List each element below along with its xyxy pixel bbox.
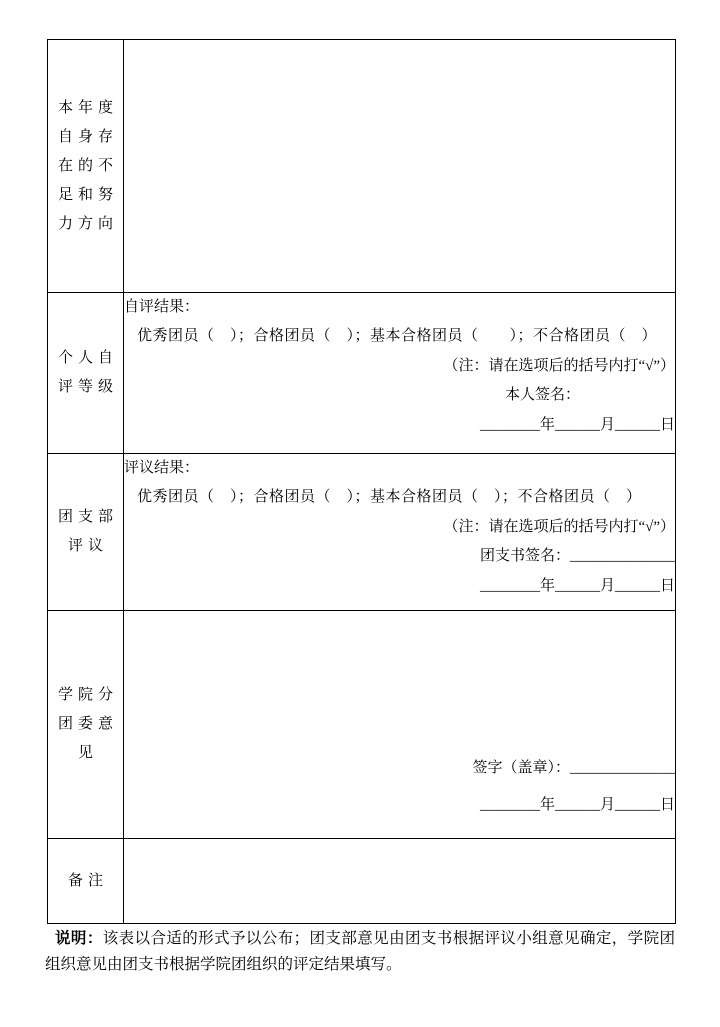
shortcomings-content-cell[interactable] [124, 40, 676, 293]
label-line: 团支部 [48, 503, 128, 532]
evaluation-form-table: 本年度 自身存 在的不 足和努 力方向 个人自 评等级 自评结果： 优秀团员（ … [47, 39, 676, 924]
row-label-remarks: 备注 [48, 839, 124, 924]
label-line: 力方向 [48, 210, 128, 239]
label-line: 个人自 [48, 344, 128, 373]
college-committee-content-cell[interactable]: 签字（盖章）：______________ ________年______月__… [124, 611, 676, 839]
table-row-shortcomings: 本年度 自身存 在的不 足和努 力方向 [48, 40, 676, 293]
branch-options-line: 优秀团员（ ）；合格团员（ ）；基本合格团员（ ）；不合格团员（ ） [124, 483, 675, 512]
college-date-line: ________年______月______日 [124, 787, 675, 824]
branch-review-heading: 评议结果： [124, 454, 675, 483]
footnote: 说明：该表以合适的形式予以公布；团支部意见由团支书根据评议小组意见确定，学院团组… [45, 926, 675, 978]
self-eval-options-line: 优秀团员（ ）；合格团员（ ）；基本合格团员（ ）；不合格团员（ ） [124, 322, 675, 351]
label-line: 见 [48, 739, 128, 768]
label-line: 本年度 [48, 94, 128, 123]
table-row-self-evaluation: 个人自 评等级 自评结果： 优秀团员（ ）；合格团员（ ）；基本合格团员（ ）；… [48, 293, 676, 454]
college-signature-line: 签字（盖章）：______________ [124, 750, 675, 787]
branch-date-line: ________年______月______日 [124, 572, 675, 601]
self-evaluation-content-cell[interactable]: 自评结果： 优秀团员（ ）；合格团员（ ）；基本合格团员（ ）；不合格团员（ ）… [124, 293, 676, 454]
label-line: 备注 [48, 867, 128, 896]
label-line: 在的不 [48, 152, 128, 181]
label-line: 自身存 [48, 123, 128, 152]
row-label-self-evaluation: 个人自 评等级 [48, 293, 124, 454]
table-row-branch-review: 团支部 评议 评议结果： 优秀团员（ ）；合格团员（ ）；基本合格团员（ ）；不… [48, 454, 676, 611]
label-line: 学院分 [48, 681, 128, 710]
row-label-shortcomings: 本年度 自身存 在的不 足和努 力方向 [48, 40, 124, 293]
row-label-college-committee: 学院分 团委意 见 [48, 611, 124, 839]
label-line: 团委意 [48, 710, 128, 739]
branch-note-line: （注：请在选项后的括号内打“√”） [124, 513, 675, 542]
footnote-label: 说明： [55, 930, 103, 947]
remarks-content-cell[interactable] [124, 839, 676, 924]
document-page: 本年度 自身存 在的不 足和努 力方向 个人自 评等级 自评结果： 优秀团员（ … [0, 0, 720, 1027]
branch-secretary-signature-line: 团支书签名：______________ [124, 542, 675, 571]
self-eval-note-line: （注：请在选项后的括号内打“√”） [124, 352, 675, 381]
label-line: 足和努 [48, 181, 128, 210]
label-line: 评议 [48, 532, 128, 561]
table-row-college-committee: 学院分 团委意 见 签字（盖章）：______________ ________… [48, 611, 676, 839]
row-label-branch-review: 团支部 评议 [48, 454, 124, 611]
table-row-remarks: 备注 [48, 839, 676, 924]
self-eval-result-heading: 自评结果： [124, 293, 675, 322]
label-line: 评等级 [48, 373, 128, 402]
branch-review-content-cell[interactable]: 评议结果： 优秀团员（ ）；合格团员（ ）；基本合格团员（ ）；不合格团员（ ）… [124, 454, 676, 611]
footnote-text: 该表以合适的形式予以公布；团支部意见由团支书根据评议小组意见确定，学院团组织意见… [45, 930, 675, 973]
self-eval-date-line: ________年______月______日 [124, 411, 675, 440]
self-signature-line: 本人签名： [124, 381, 675, 410]
